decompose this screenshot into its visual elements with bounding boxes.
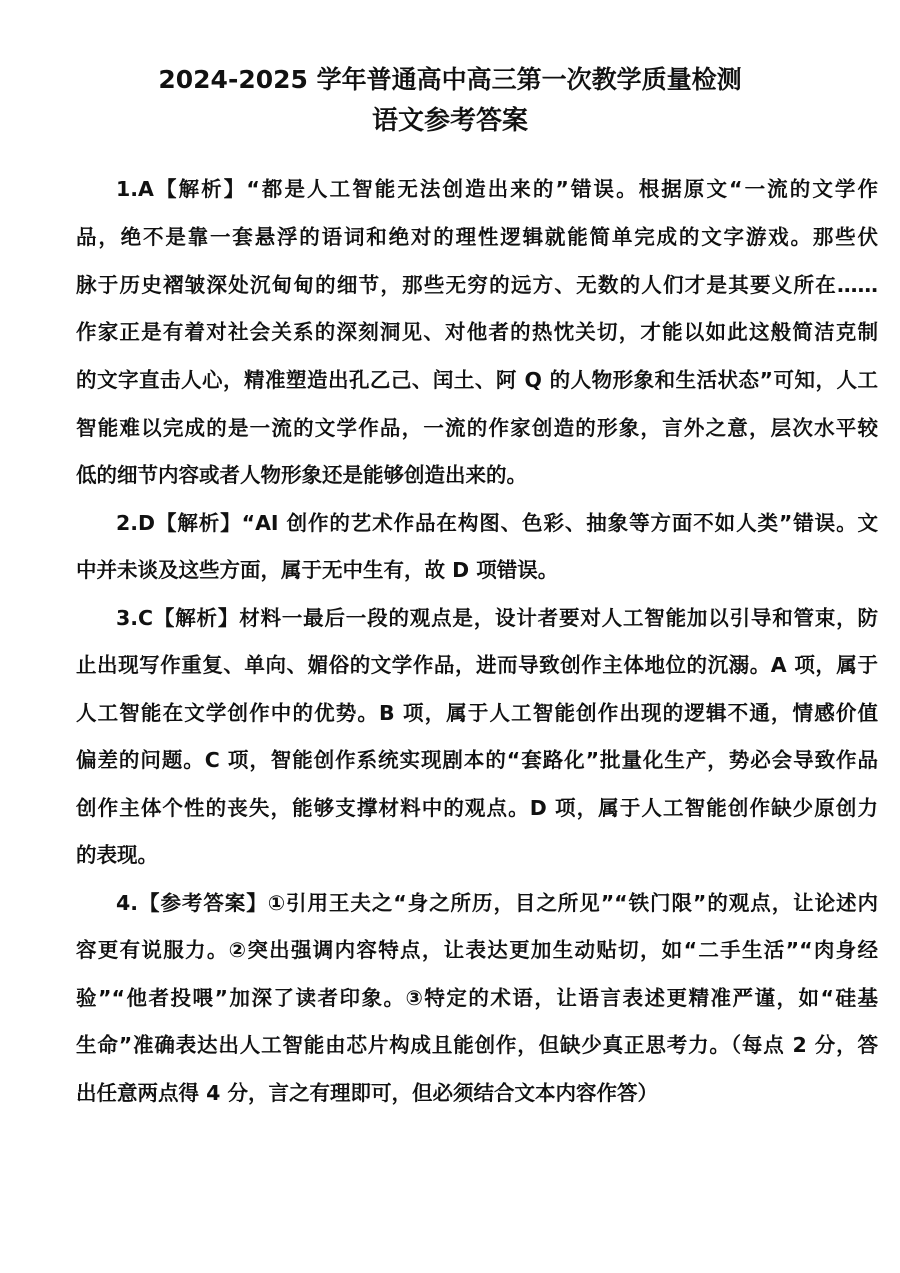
answer-4-line: 4.【参考答案】①引用王夫之“身之所历，目之所见”“铁门限”的观点，让论述内 (116, 889, 878, 917)
answer-1-line: 智能难以完成的是一流的文学作品，一流的作家创造的形象，言外之意，层次水平较 (76, 414, 878, 442)
answer-3-line: 人工智能在文学创作中的优势。B 项，属于人工智能创作出现的逻辑不通，情感价值 (76, 699, 878, 727)
answer-1-line: 脉于历史褶皱深处沉甸甸的细节，那些无穷的远方、无数的人们才是其要义所在…… (76, 271, 878, 299)
answer-3-line: 3.C【解析】材料一最后一段的观点是，设计者要对人工智能加以引导和管束，防 (116, 604, 878, 632)
answer-3-line: 创作主体个性的丧失，能够支撑材料中的观点。D 项，属于人工智能创作缺少原创力 (76, 794, 878, 822)
answer-3-line: 止出现写作重复、单向、媚俗的文学作品，进而导致创作主体地位的沉溺。A 项，属于 (76, 651, 878, 679)
answer-key-page: 2024-2025 学年普通高中高三第一次教学质量检测 语文参考答案 1.A【解… (0, 0, 900, 1273)
answer-4-line: 出任意两点得 4 分，言之有理即可，但必须结合文本内容作答） (76, 1079, 878, 1107)
answer-3-line: 的表现。 (76, 841, 878, 869)
answer-1-line: 品，绝不是靠一套悬浮的语词和绝对的理性逻辑就能简单完成的文字游戏。那些伏 (76, 223, 878, 251)
answer-4-line: 验”“他者投喂”加深了读者印象。③特定的术语，让语言表述更精准严谨，如“硅基 (76, 984, 878, 1012)
answer-1-line: 1.A【解析】“都是人工智能无法创造出来的”错误。根据原文“一流的文学作 (116, 175, 878, 203)
answer-3-line: 偏差的问题。C 项，智能创作系统实现剧本的“套路化”批量化生产，势必会导致作品 (76, 746, 878, 774)
answer-2-line: 中并未谈及这些方面，属于无中生有，故 D 项错误。 (76, 556, 878, 584)
document-title: 2024-2025 学年普通高中高三第一次教学质量检测 (0, 60, 900, 96)
answer-2-line: 2.D【解析】“AI 创作的艺术作品在构图、色彩、抽象等方面不如人类”错误。文 (116, 509, 878, 537)
answer-1-line: 作家正是有着对社会关系的深刻洞见、对他者的热忱关切，才能以如此这般简洁克制 (76, 318, 878, 346)
document-subtitle: 语文参考答案 (0, 100, 900, 137)
answer-1-line: 的文字直击人心，精准塑造出孔乙己、闰土、阿 Q 的人物形象和生活状态”可知，人工 (76, 366, 878, 394)
answer-4-line: 生命”准确表达出人工智能由芯片构成且能创作，但缺少真正思考力。（每点 2 分，答 (76, 1031, 878, 1059)
answer-1-line: 低的细节内容或者人物形象还是能够创造出来的。 (76, 461, 878, 489)
answer-4-line: 容更有说服力。②突出强调内容特点，让表达更加生动贴切，如“二手生活”“肉身经 (76, 936, 878, 964)
